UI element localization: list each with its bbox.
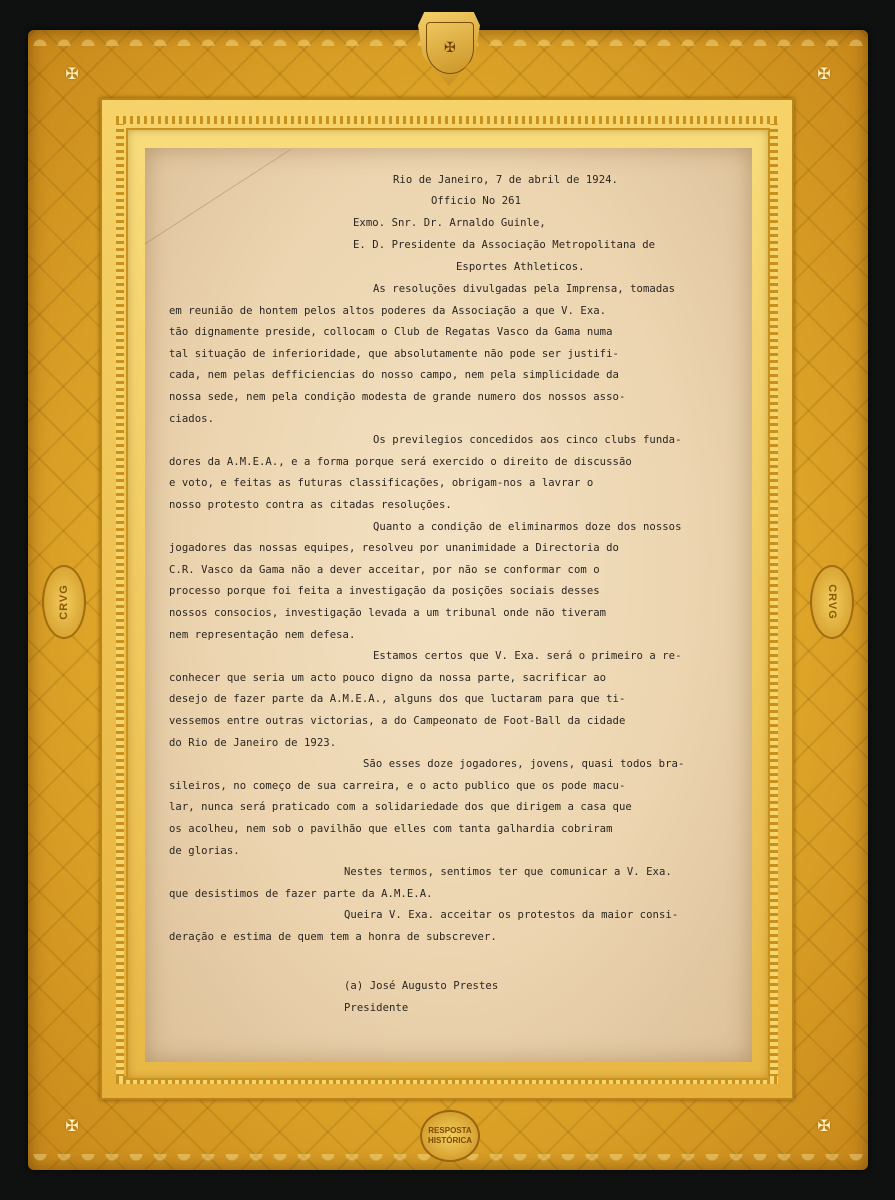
- letter-line: São esses doze jogadores, jovens, quasi …: [363, 758, 684, 770]
- letter-line: Estamos certos que V. Exa. será o primei…: [373, 650, 682, 662]
- corner-cross-icon: ✠: [64, 66, 80, 82]
- resposta-historica-badge: RESPOSTA HISTÓRICA: [420, 1110, 480, 1162]
- corner-cross-icon: ✠: [816, 66, 832, 82]
- letter-line: de glorias.: [169, 845, 240, 857]
- letter-line: do Rio de Janeiro de 1923.: [169, 737, 336, 749]
- letter-line: processo porque foi feita a investigação…: [169, 585, 600, 597]
- signature-title: Presidente: [344, 1002, 408, 1014]
- letter-line: ciados.: [169, 413, 214, 425]
- letter-line: nosso protesto contra as citadas resoluç…: [169, 499, 452, 511]
- badge-line-1: RESPOSTA: [428, 1126, 471, 1136]
- letter-line: nossa sede, nem pela condição modesta de…: [169, 391, 625, 403]
- letter-line: Queira V. Exa. acceitar os protestos da …: [344, 909, 678, 921]
- letter-line: tal situação de inferioridade, que absol…: [169, 348, 619, 360]
- badge-line-2: HISTÓRICA: [428, 1136, 472, 1146]
- letter-line: Quanto a condição de eliminarmos doze do…: [373, 521, 682, 533]
- letter-line: C.R. Vasco da Gama não a dever acceitar,…: [169, 564, 600, 576]
- letter-line: desejo de fazer parte da A.M.E.A., algun…: [169, 693, 625, 705]
- addressee-line: E. D. Presidente da Associação Metropoli…: [353, 239, 655, 251]
- letter-line: conhecer que seria um acto pouco digno d…: [169, 672, 606, 684]
- letter-line: sileiros, no começo de sua carreira, e o…: [169, 780, 625, 792]
- letter-line: que desistimos de fazer parte da A.M.E.A…: [169, 888, 433, 900]
- letter-line: Os previlegios concedidos aos cinco club…: [373, 434, 682, 446]
- medallion-left-label: CRVG: [58, 584, 70, 620]
- corner-cross-icon: ✠: [816, 1118, 832, 1134]
- letter-line: em reunião de hontem pelos altos poderes…: [169, 305, 606, 317]
- letter-date: Rio de Janeiro, 7 de abril de 1924.: [393, 174, 618, 186]
- letter-line: os acolheu, nem sob o pavilhão que elles…: [169, 823, 613, 835]
- letter-line: jogadores das nossas equipes, resolveu p…: [169, 542, 619, 554]
- letter-line: e voto, e feitas as futuras classificaçõ…: [169, 477, 593, 489]
- letter-line: Nestes termos, sentimos ter que comunica…: [344, 866, 672, 878]
- signature: (a) José Augusto Prestes: [344, 980, 498, 992]
- letter-paper: Rio de Janeiro, 7 de abril de 1924. Offi…: [145, 148, 752, 1062]
- letter-line: As resoluções divulgadas pela Imprensa, …: [373, 283, 675, 295]
- letter-line: dores da A.M.E.A., e a forma porque será…: [169, 456, 632, 468]
- letter-line: nossos consocios, investigação levada a …: [169, 607, 606, 619]
- letter-line: lar, nunca será praticado com a solidari…: [169, 801, 632, 813]
- letter-line: vessemos entre outras victorias, a do Ca…: [169, 715, 625, 727]
- letter-line: cada, nem pelas defficiencias do nosso c…: [169, 369, 619, 381]
- medallion-right-label: CRVG: [826, 584, 838, 620]
- side-medallion-right: CRVG: [810, 565, 854, 639]
- letter-line: nem representação nem defesa.: [169, 629, 355, 641]
- typewritten-letter: Rio de Janeiro, 7 de abril de 1924. Offi…: [145, 148, 752, 1062]
- corner-cross-icon: ✠: [64, 1118, 80, 1134]
- letter-line: tão dignamente preside, collocam o Club …: [169, 326, 613, 338]
- letter-line: deração e estima de quem tem a honra de …: [169, 931, 497, 943]
- addressee-line: Esportes Athleticos.: [456, 261, 585, 273]
- addressee-line: Exmo. Snr. Dr. Arnaldo Guinle,: [353, 217, 546, 229]
- side-medallion-left: CRVG: [42, 565, 86, 639]
- letter-reference: Officio No 261: [431, 195, 521, 207]
